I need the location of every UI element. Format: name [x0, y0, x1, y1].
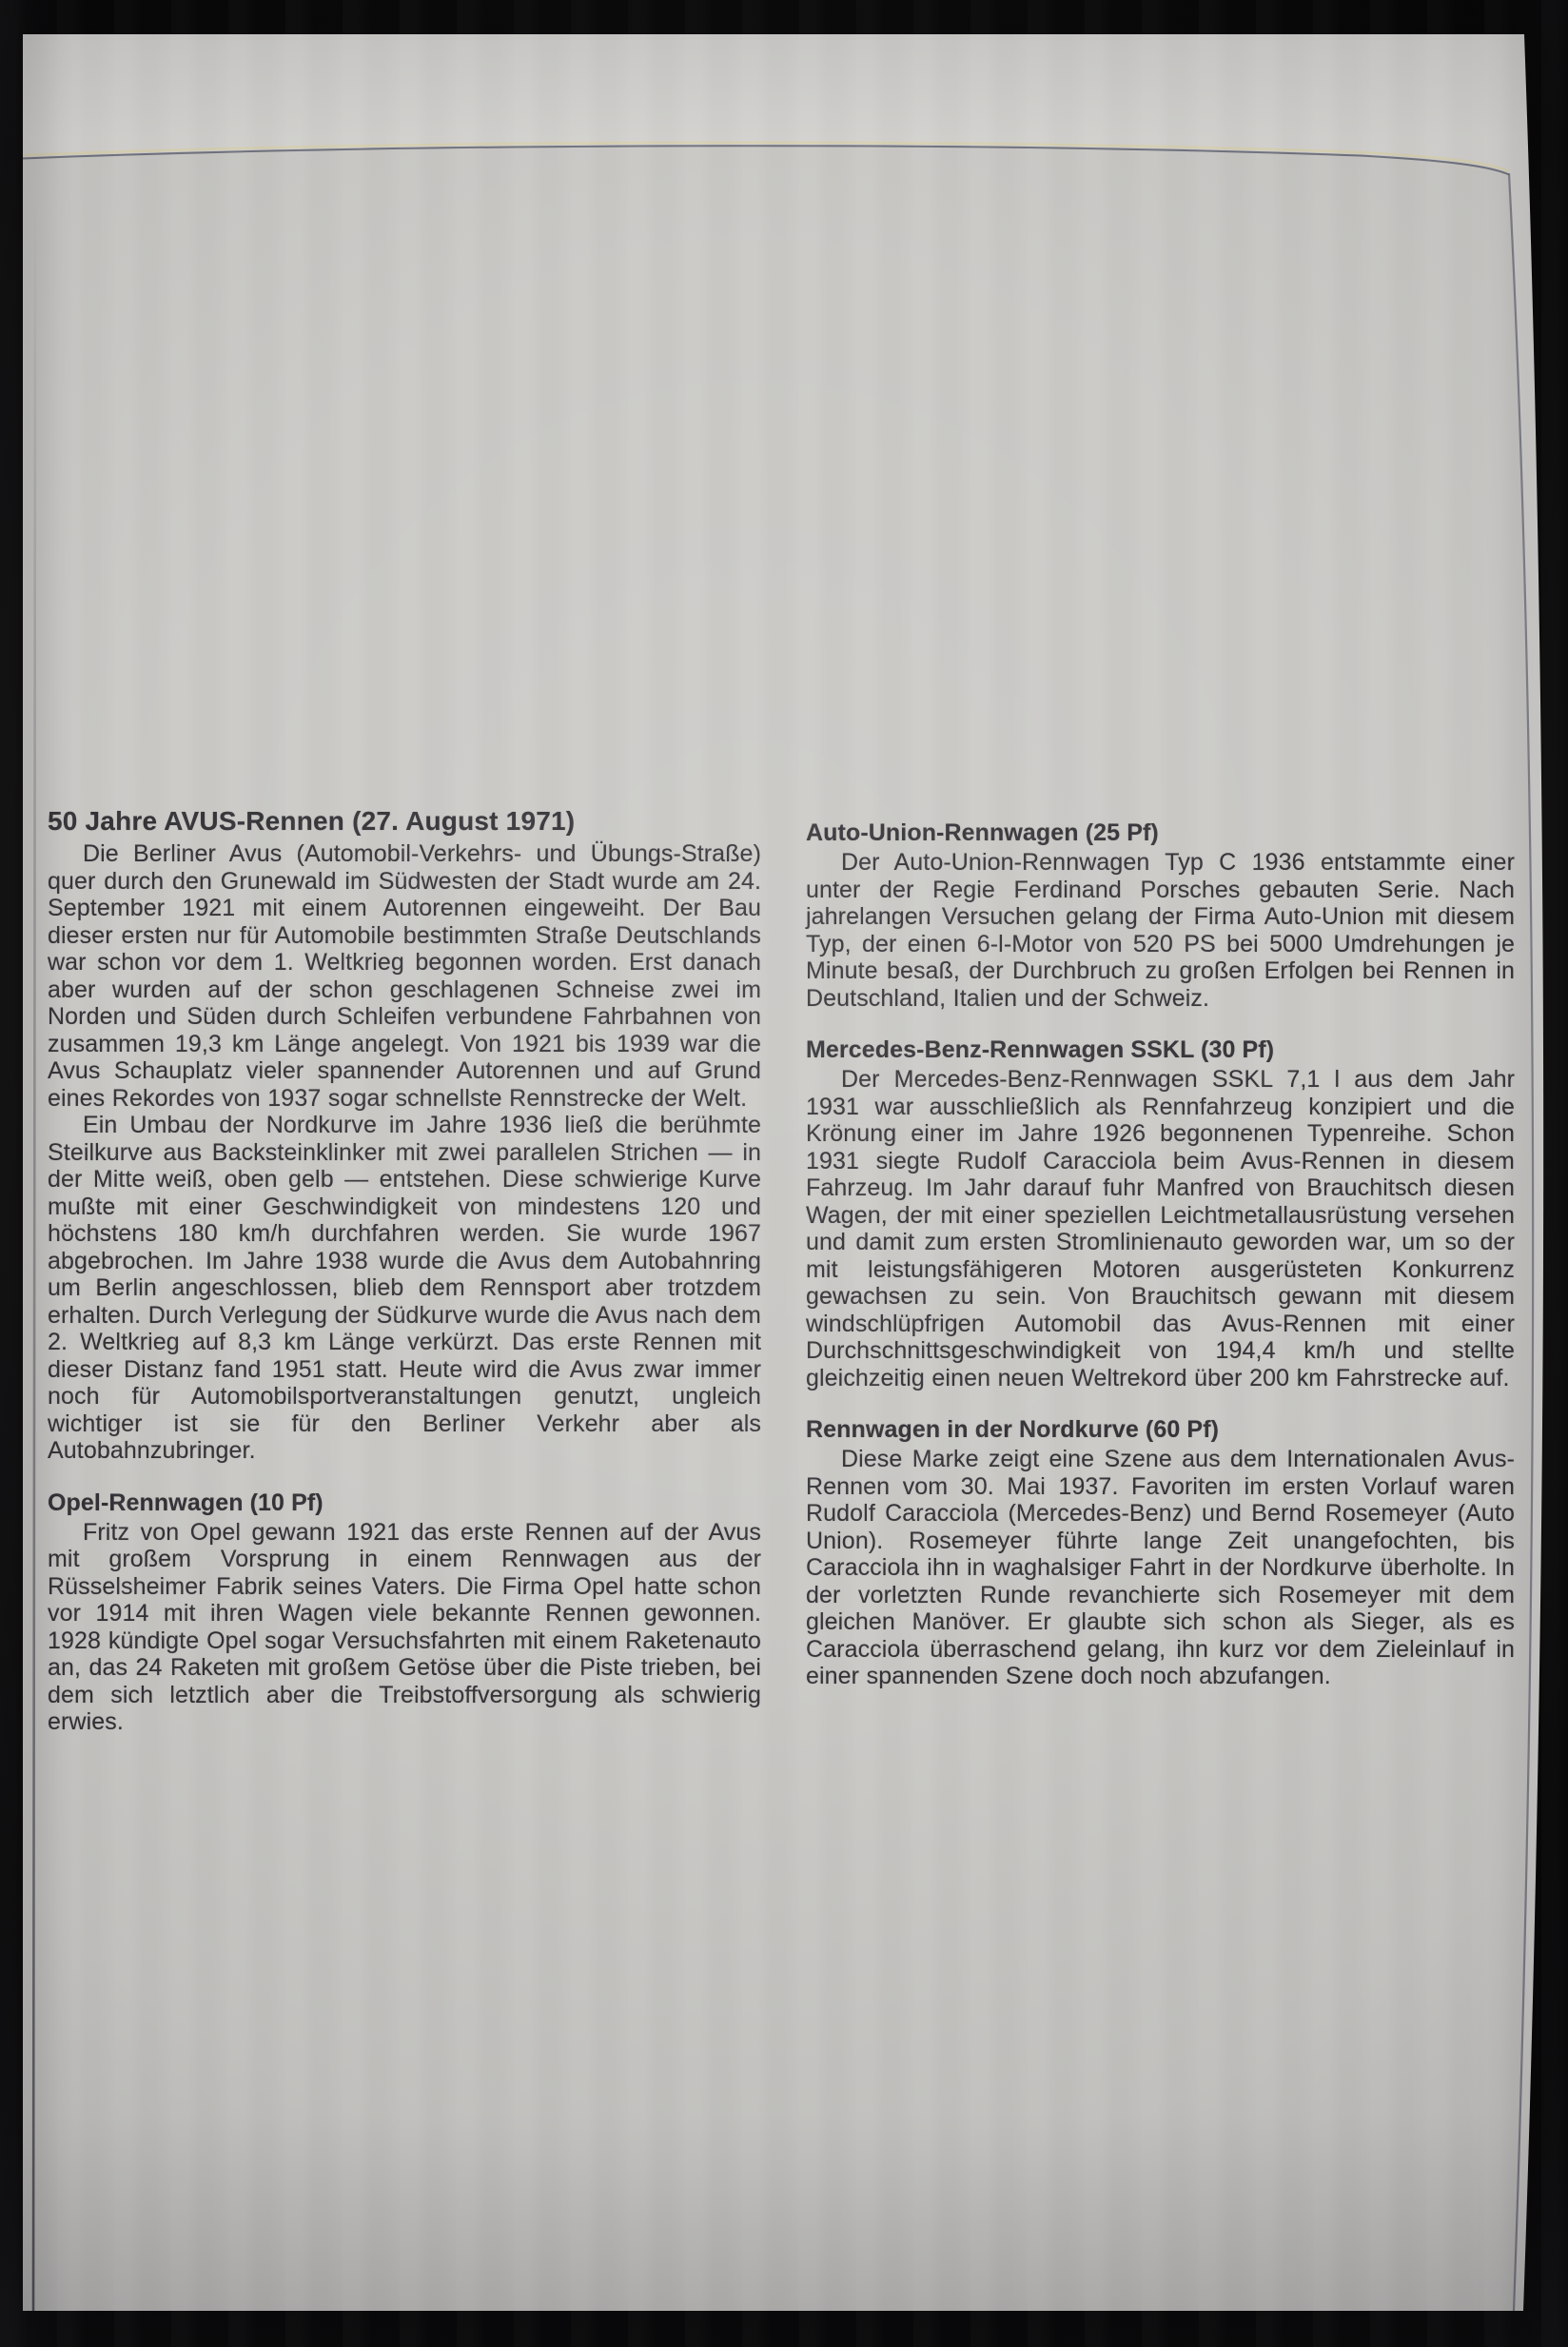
section-auto-union: Auto-Union-Rennwagen (25 Pf) Der Auto-Un… — [806, 819, 1515, 1012]
article: 50 Jahre AVUS-Rennen (27. August 1971) D… — [48, 805, 1515, 1736]
section-nordkurve: Rennwagen in der Nordkurve (60 Pf) Diese… — [806, 1416, 1515, 1690]
section-heading: Rennwagen in der Nordkurve (60 Pf) — [806, 1416, 1515, 1444]
left-column: 50 Jahre AVUS-Rennen (27. August 1971) D… — [48, 805, 761, 1736]
right-column: Auto-Union-Rennwagen (25 Pf) Der Auto-Un… — [806, 805, 1515, 1736]
paragraph: Der Mercedes-Benz-Rennwagen SSKL 7,1 l a… — [806, 1066, 1515, 1391]
photographed-album-page: 50 Jahre AVUS-Rennen (27. August 1971) D… — [0, 0, 1568, 2347]
paragraph: Ein Umbau der Nordkurve im Jahre 1936 li… — [48, 1112, 761, 1465]
paragraph: Der Auto-Union-Rennwagen Typ C 1936 ents… — [806, 849, 1515, 1012]
section-mercedes-sskl: Mercedes-Benz-Rennwagen SSKL (30 Pf) Der… — [806, 1036, 1515, 1391]
section-heading: Mercedes-Benz-Rennwagen SSKL (30 Pf) — [806, 1036, 1515, 1064]
paragraph: Fritz von Opel gewann 1921 das erste Ren… — [48, 1519, 761, 1736]
section-heading: Opel-Rennwagen (10 Pf) — [48, 1489, 761, 1517]
paragraph: Diese Marke zeigt eine Szene aus dem Int… — [806, 1446, 1515, 1690]
paragraph: Die Berliner Avus (Automobil-Verkehrs- u… — [48, 840, 761, 1112]
section-heading: Auto-Union-Rennwagen (25 Pf) — [806, 819, 1515, 847]
article-title: 50 Jahre AVUS-Rennen (27. August 1971) — [48, 805, 761, 838]
section-avus-intro: 50 Jahre AVUS-Rennen (27. August 1971) D… — [48, 805, 761, 1465]
section-opel-rennwagen: Opel-Rennwagen (10 Pf) Fritz von Opel ge… — [48, 1489, 761, 1736]
